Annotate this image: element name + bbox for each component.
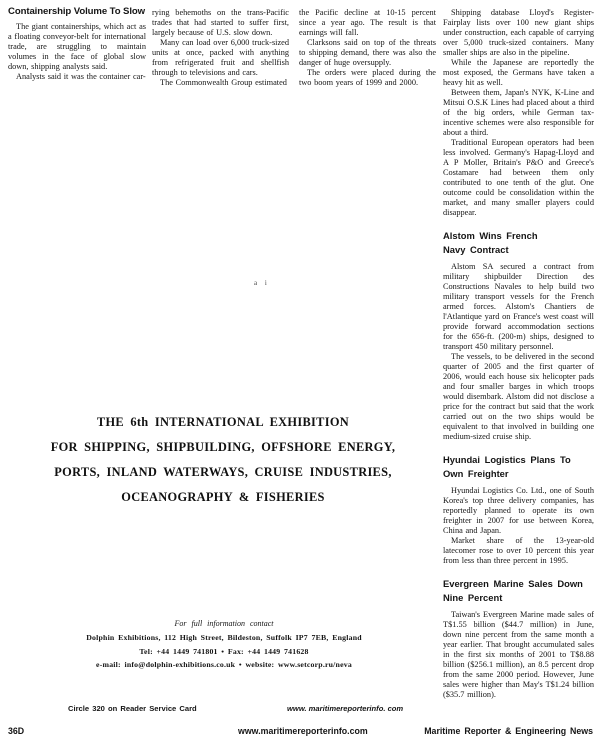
article-paragraph: Traditional European operators had been … <box>443 138 594 218</box>
ad-headline-line: THE 6th INTERNATIONAL EXHIBITION <box>30 410 416 435</box>
article-headline: Containership Volume To Slow <box>8 6 146 17</box>
ad-contact-intro: For full information contact <box>38 619 410 628</box>
article-paragraph: The vessels, to be delivered in the seco… <box>443 352 594 442</box>
article-paragraph: Analysts said it was the container car- <box>8 72 146 82</box>
ad-contact-address: Dolphin Exhibitions, 112 High Street, Bi… <box>38 631 410 645</box>
article-paragraph: Market share of the 13-year-old latecome… <box>443 536 594 566</box>
news-column: Shipping database Lloyd's Register-Fairp… <box>443 8 594 700</box>
article-paragraph: rying behemoths on the trans-Pacific tra… <box>152 8 289 38</box>
headline-line: Hyundai Logistics Plans To <box>443 453 594 467</box>
article-paragraph: Clarksons said on top of the threats to … <box>299 38 436 68</box>
article-paragraph: The giant containerships, which act as a… <box>8 22 146 72</box>
article-column-3: the Pacific decline at 10-15 percent sin… <box>299 8 436 88</box>
ad-headline-line: OCEANOGRAPHY & FISHERIES <box>30 485 416 510</box>
ad-contact-online: e-mail: info@dolphin-exhibitions.co.uk •… <box>38 658 410 672</box>
ad-contact-phone: Tel: +44 1449 741801 • Fax: +44 1449 741… <box>38 645 410 659</box>
headline-line: Alstom Wins French <box>443 229 594 243</box>
headline-line: Evergreen Marine Sales Down <box>443 577 594 591</box>
article-paragraph: the Pacific decline at 10-15 percent sin… <box>299 8 436 38</box>
ad-headline: THE 6th INTERNATIONAL EXHIBITION FOR SHI… <box>30 410 416 510</box>
website-italic-note: www. maritimereporterinfo. com <box>287 704 403 713</box>
article-paragraph: Shipping database Lloyd's Register-Fairp… <box>443 8 594 58</box>
headline-line: Own Freighter <box>443 467 594 481</box>
ad-faded-watermark: a i <box>254 279 270 287</box>
headline-line: Nine Percent <box>443 591 594 605</box>
article-paragraph: While the Japanese are reportedly the mo… <box>443 58 594 88</box>
article-paragraph: Between them, Japan's NYK, K-Line and Mi… <box>443 88 594 138</box>
article-paragraph: Many can load over 6,000 truck-sized uni… <box>152 38 289 78</box>
headline-line: Navy Contract <box>443 243 594 257</box>
article-headline-evergreen: Evergreen Marine Sales Down Nine Percent <box>443 577 594 605</box>
footer-publication-title: Maritime Reporter & Engineering News <box>424 726 593 736</box>
article-column-2: rying behemoths on the trans-Pacific tra… <box>152 8 289 88</box>
article-headline-hyundai: Hyundai Logistics Plans To Own Freighter <box>443 453 594 481</box>
article-paragraph: Hyundai Logistics Co. Ltd., one of South… <box>443 486 594 536</box>
article-column-1: Containership Volume To Slow The giant c… <box>8 6 146 82</box>
article-paragraph: Alstom SA secured a contract from milita… <box>443 262 594 352</box>
reader-service-note: Circle 320 on Reader Service Card <box>68 704 197 713</box>
article-paragraph: Taiwan's Evergreen Marine made sales of … <box>443 610 594 700</box>
ad-headline-line: PORTS, INLAND WATERWAYS, CRUISE INDUSTRI… <box>30 460 416 485</box>
ad-contact-block: For full information contact Dolphin Exh… <box>38 619 410 672</box>
article-paragraph: The Commonwealth Group estimated <box>152 78 289 88</box>
ad-headline-line: FOR SHIPPING, SHIPBUILDING, OFFSHORE ENE… <box>30 435 416 460</box>
footer-website: www.maritimereporterinfo.com <box>238 726 368 736</box>
article-headline-alstom: Alstom Wins French Navy Contract <box>443 229 594 257</box>
article-paragraph: The orders were placed during the two bo… <box>299 68 436 88</box>
page-number: 36D <box>8 726 24 736</box>
